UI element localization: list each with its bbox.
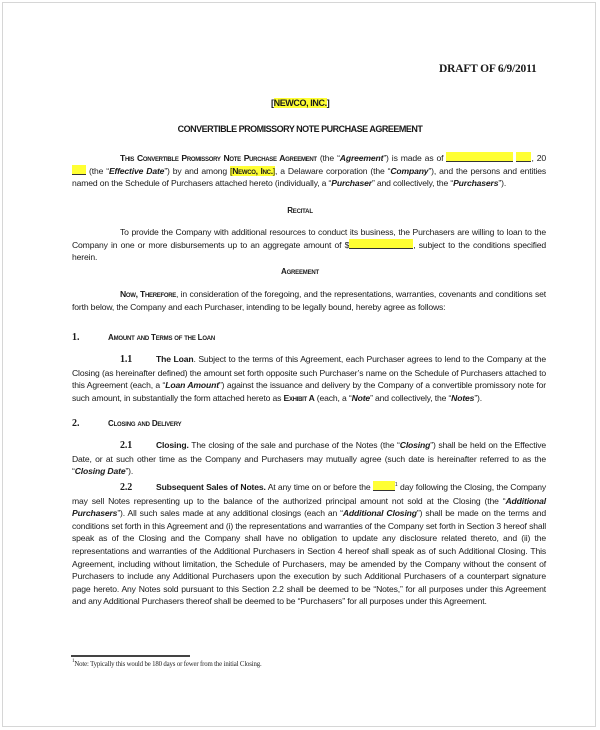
subsection-number: 2.1 <box>120 440 156 453</box>
text: ”). <box>474 393 482 403</box>
text: (the “ <box>86 166 109 176</box>
section-2-2-paragraph: 2.2Subsequent Sales of Notes. At any tim… <box>72 481 546 608</box>
section-number: 1. <box>72 332 108 343</box>
text: (the “ <box>317 153 340 163</box>
text: ”) by and among <box>164 166 230 176</box>
section-1-1-paragraph: 1.1The Loan. Subject to the terms of thi… <box>72 353 546 404</box>
blank-month-field[interactable] <box>446 152 513 162</box>
text: ”). All such sales made at any additiona… <box>117 508 343 518</box>
text: At any time on or before the <box>266 482 373 492</box>
intro-paragraph: This Convertible Promissory Note Purchas… <box>72 152 546 190</box>
agreement-heading: Agreement <box>0 267 600 276</box>
defined-term-closing: Closing <box>400 440 430 450</box>
section-title: Amount and Terms of the Loan <box>108 333 215 342</box>
section-number: 2. <box>72 418 108 429</box>
defined-term-company: Company <box>390 166 428 176</box>
blank-days-field[interactable] <box>373 481 395 491</box>
defined-term-purchaser: Purchaser <box>331 178 372 188</box>
recital-paragraph: To provide the Company with additional r… <box>72 226 546 264</box>
blank-year-field[interactable] <box>72 165 86 175</box>
subsection-heading: The Loan <box>156 354 193 364</box>
company-name-header: [NEWCO, INC.] <box>271 98 329 108</box>
section-title: Closing and Delivery <box>108 419 181 428</box>
defined-term-notes: Notes <box>451 393 474 403</box>
intro-lead: This Convertible Promissory Note Purchas… <box>120 153 317 163</box>
now-therefore-lead: Now, Therefore <box>120 289 176 299</box>
now-therefore-paragraph: Now, Therefore, in consideration of the … <box>72 288 546 313</box>
footnote: 1Note: Typically this would be 180 days … <box>72 661 262 668</box>
blank-aggregate-amount-field[interactable] <box>349 239 413 249</box>
text: ” and collectively, the “ <box>370 393 451 403</box>
bracket-close: ] <box>327 98 330 108</box>
text: ”). <box>125 466 133 476</box>
defined-term-additional-closing: Additional Closing <box>343 508 417 518</box>
draft-date-label: DRAFT OF 6/9/2011 <box>439 63 537 75</box>
recital-heading: Recital <box>0 206 600 215</box>
defined-term-effective-date: Effective Date <box>109 166 164 176</box>
defined-term-note: Note <box>352 393 371 403</box>
text: The closing of the sale and purchase of … <box>189 440 400 450</box>
text: ”). <box>498 178 506 188</box>
company-name-highlight: NEWCO, INC. <box>274 98 327 108</box>
subsection-heading: Closing. <box>156 440 189 450</box>
defined-term-agreement: Agreement <box>340 153 384 163</box>
text: ”) shall be made on the terms and condit… <box>72 508 546 606</box>
document-title: CONVERTIBLE PROMISSORY NOTE PURCHASE AGR… <box>0 124 600 134</box>
text: ”) is made as of <box>383 153 446 163</box>
subsection-number: 2.2 <box>120 482 156 495</box>
subsection-heading: Subsequent Sales of Notes. <box>156 482 266 492</box>
company-name-inline: [Newco, Inc.] <box>230 166 275 176</box>
defined-term-purchasers: Purchasers <box>453 178 498 188</box>
defined-term-loan-amount: Loan Amount <box>165 380 219 390</box>
footnote-text: Note: Typically this would be 180 days o… <box>74 661 261 668</box>
subsection-number: 1.1 <box>120 354 156 367</box>
text: ” and collectively, the “ <box>372 178 453 188</box>
footnote-separator <box>71 655 190 657</box>
defined-term-closing-date: Closing Date <box>75 466 126 476</box>
exhibit-reference: Exhibit A <box>284 393 315 403</box>
text: , a Delaware corporation (the “ <box>275 166 390 176</box>
section-1-heading: 1.Amount and Terms of the Loan <box>72 332 215 343</box>
company-smallcaps: Newco, Inc. <box>232 166 273 176</box>
section-2-heading: 2.Closing and Delivery <box>72 418 181 429</box>
text: (each, a “ <box>315 393 352 403</box>
section-2-1-paragraph: 2.1Closing. The closing of the sale and … <box>72 439 546 478</box>
text: , 20 <box>531 153 546 163</box>
blank-day-field[interactable] <box>516 152 531 162</box>
